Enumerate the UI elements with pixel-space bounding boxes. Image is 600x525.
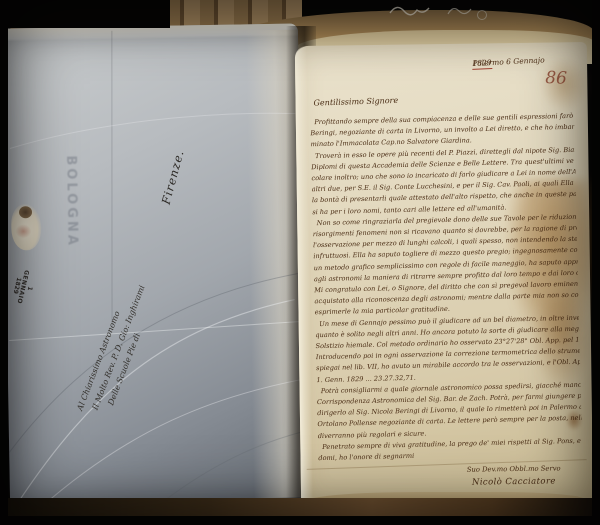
photo-frame-top [0,0,170,28]
folio-number: 86 [545,68,567,89]
photo-frame-right [592,0,600,525]
closing-block: Suo Dev.mo Obbl.mo Servo Nicolò Cacciato… [451,462,577,490]
salutation: Gentilissimo Signore [313,96,398,108]
dateline-place: Palermo 6 Gennajo [472,55,545,68]
signature: Nicolò Cacciatore [451,474,577,490]
chalk-marks-icon [386,0,496,20]
photo-frame-left [0,0,8,525]
photo-canvas: BOLOGNA 1 GENNAIO 1829 Al Chiarissimo As… [0,0,600,525]
letter-page: 86 Palermo 6 Gennajo 1829 Gentilissimo S… [295,42,593,508]
closing-line: Suo Dev.mo Obbl.mo Servo [451,462,577,476]
photo-frame-bottom [0,516,600,525]
folded-letter-page: BOLOGNA 1 GENNAIO 1829 Al Chiarissimo As… [2,23,306,510]
bologna-transit-stamp: BOLOGNA [62,155,80,265]
letter-body: Profittando sempre della sua compiacenza… [310,111,582,465]
dateline: Palermo 6 Gennajo 1829 [419,55,545,70]
